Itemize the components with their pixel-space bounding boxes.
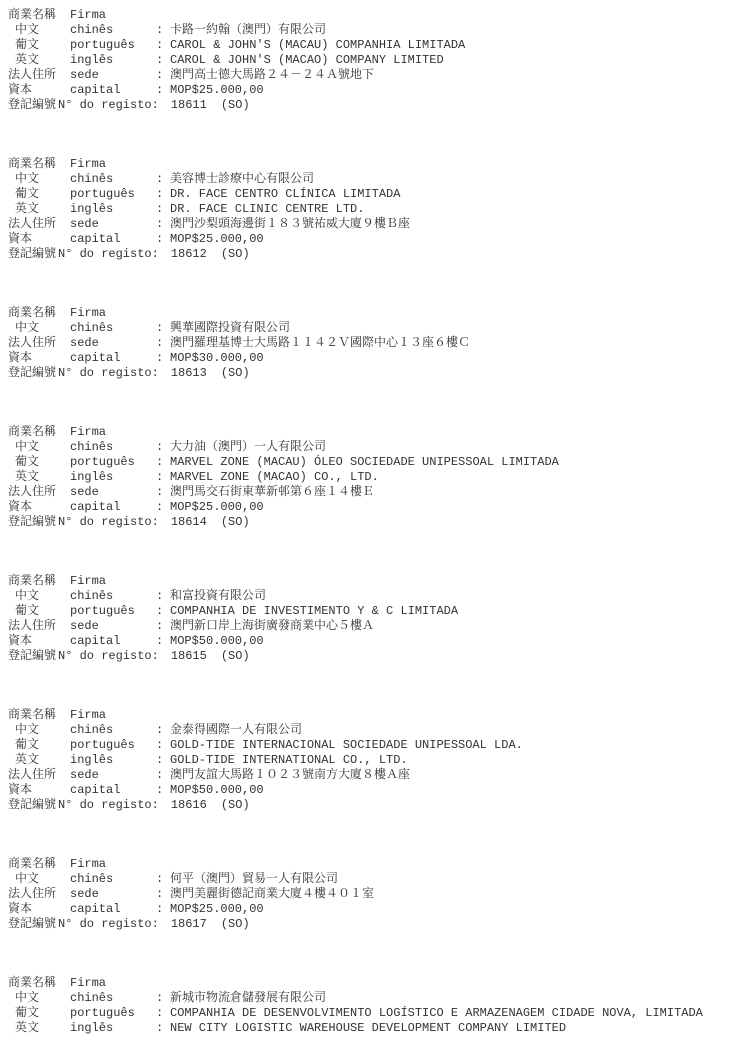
registered-office-value: 澳門友誼大馬路１０２３號南方大廈８樓Ａ座 [170, 768, 410, 783]
english-name-value: DR. FACE CLINIC CENTRE LTD. [170, 202, 364, 217]
registry-number-label-pt: N° do registo: [58, 247, 159, 262]
colon-separator: : [156, 991, 170, 1006]
registered-office-label-zh: 法人住所 [8, 887, 70, 902]
registered-office-label-zh: 法人住所 [8, 619, 70, 634]
company-record: 商業名稱 Firma 中文 chinês : 金泰得國際一人有限公司 葡文 po… [8, 708, 733, 813]
portuguese-name-label-zh: 葡文 [8, 455, 70, 470]
chinese-name-row: 中文 chinês : 和富投資有限公司 [8, 589, 733, 604]
registry-number-suffix: (SO) [221, 98, 250, 113]
business-name-label-pt: Firma [70, 574, 156, 589]
registry-number-suffix: (SO) [221, 515, 250, 530]
registry-number-label-pt: N° do registo: [58, 798, 159, 813]
registry-number-label-zh: 登記編號 [8, 366, 58, 381]
capital-value: MOP$25.000,00 [170, 232, 264, 247]
colon-separator: : [156, 589, 170, 604]
english-name-label-pt: inglês [70, 1021, 156, 1036]
registered-office-label-pt: sede [70, 217, 156, 232]
registry-number-row: 登記編號 N° do registo: 18616 (SO) [8, 798, 733, 813]
capital-label-pt: capital [70, 500, 156, 515]
registry-number-value: 18612 [171, 247, 207, 262]
registry-number-suffix: (SO) [221, 798, 250, 813]
registered-office-label-zh: 法人住所 [8, 68, 70, 83]
colon-separator: : [156, 604, 170, 619]
colon-separator: : [156, 1021, 170, 1036]
registered-office-value: 澳門沙梨頭海邊街１８３號祐威大廈９樓Ｂ座 [170, 217, 410, 232]
portuguese-name-label-zh: 葡文 [8, 187, 70, 202]
english-name-row: 英文 inglês : DR. FACE CLINIC CENTRE LTD. [8, 202, 733, 217]
chinese-name-row: 中文 chinês : 大力油（澳門）一人有限公司 [8, 440, 733, 455]
registry-number-label-pt: N° do registo: [58, 366, 159, 381]
capital-value: MOP$25.000,00 [170, 83, 264, 98]
business-name-row: 商業名稱 Firma [8, 306, 733, 321]
business-name-row: 商業名稱 Firma [8, 976, 733, 991]
colon-separator: : [156, 351, 170, 366]
chinese-name-row: 中文 chinês : 美容博士診療中心有限公司 [8, 172, 733, 187]
english-name-value: CAROL & JOHN'S (MACAO) COMPANY LIMITED [170, 53, 444, 68]
registry-number-label-zh: 登記編號 [8, 649, 58, 664]
portuguese-name-row: 葡文 português : MARVEL ZONE (MACAU) ÓLEO … [8, 455, 733, 470]
english-name-row: 英文 inglês : CAROL & JOHN'S (MACAO) COMPA… [8, 53, 733, 68]
chinese-name-label-pt: chinês [70, 589, 156, 604]
business-name-label-pt: Firma [70, 8, 156, 23]
colon-separator: : [156, 455, 170, 470]
chinese-name-label-pt: chinês [70, 321, 156, 336]
registered-office-row: 法人住所 sede : 澳門羅理基博士大馬路１１４２Ｖ國際中心１３座６樓Ｃ [8, 336, 733, 351]
portuguese-name-label-pt: português [70, 455, 156, 470]
chinese-name-value: 和富投資有限公司 [170, 589, 266, 604]
business-name-label-zh: 商業名稱 [8, 708, 70, 723]
registered-office-row: 法人住所 sede : 澳門沙梨頭海邊街１８３號祐威大廈９樓Ｂ座 [8, 217, 733, 232]
english-name-label-pt: inglês [70, 753, 156, 768]
registered-office-value: 澳門美麗街德記商業大廈４樓４０１室 [170, 887, 374, 902]
registered-office-label-pt: sede [70, 68, 156, 83]
business-name-label-pt: Firma [70, 976, 156, 991]
capital-label-zh: 資本 [8, 83, 70, 98]
portuguese-name-row: 葡文 português : DR. FACE CENTRO CLÍNICA L… [8, 187, 733, 202]
capital-label-pt: capital [70, 783, 156, 798]
registry-number-label-pt: N° do registo: [58, 917, 159, 932]
colon-separator: : [156, 470, 170, 485]
business-name-label-pt: Firma [70, 425, 156, 440]
capital-label-zh: 資本 [8, 902, 70, 917]
portuguese-name-label-zh: 葡文 [8, 1006, 70, 1021]
business-name-row: 商業名稱 Firma [8, 8, 733, 23]
capital-row: 資本 capital : MOP$50.000,00 [8, 634, 733, 649]
portuguese-name-label-zh: 葡文 [8, 38, 70, 53]
business-name-label-zh: 商業名稱 [8, 425, 70, 440]
registered-office-row: 法人住所 sede : 澳門新口岸上海街廣發商業中心５樓Ａ [8, 619, 733, 634]
colon-separator: : [156, 619, 170, 634]
chinese-name-value: 金泰得國際一人有限公司 [170, 723, 302, 738]
colon-separator: : [156, 23, 170, 38]
registry-number-suffix: (SO) [221, 247, 250, 262]
colon-separator: : [156, 902, 170, 917]
registry-number-value: 18613 [171, 366, 207, 381]
registry-number-row: 登記編號 N° do registo: 18617 (SO) [8, 917, 733, 932]
registry-number-label-pt: N° do registo: [58, 515, 159, 530]
business-name-label-pt: Firma [70, 157, 156, 172]
english-name-row: 英文 inglês : NEW CITY LOGISTIC WAREHOUSE … [8, 1021, 733, 1036]
chinese-name-value: 何平（澳門）貿易一人有限公司 [170, 872, 338, 887]
chinese-name-label-zh: 中文 [8, 23, 70, 38]
portuguese-name-row: 葡文 português : CAROL & JOHN'S (MACAU) CO… [8, 38, 733, 53]
registry-number-label-pt: N° do registo: [58, 649, 159, 664]
chinese-name-label-pt: chinês [70, 991, 156, 1006]
registry-number-label-zh: 登記編號 [8, 247, 58, 262]
english-name-label-zh: 英文 [8, 1021, 70, 1036]
portuguese-name-value: COMPANHIA DE DESENVOLVIMENTO LOGÍSTICO E… [170, 1006, 703, 1021]
registered-office-label-pt: sede [70, 768, 156, 783]
registry-number-value: 18615 [171, 649, 207, 664]
colon-separator: : [156, 53, 170, 68]
english-name-value: GOLD-TIDE INTERNATIONAL CO., LTD. [170, 753, 408, 768]
registered-office-row: 法人住所 sede : 澳門友誼大馬路１０２３號南方大廈８樓Ａ座 [8, 768, 733, 783]
colon-separator: : [156, 1006, 170, 1021]
portuguese-name-row: 葡文 português : COMPANHIA DE INVESTIMENTO… [8, 604, 733, 619]
colon-separator: : [156, 336, 170, 351]
company-record: 商業名稱 Firma 中文 chinês : 大力油（澳門）一人有限公司 葡文 … [8, 425, 733, 530]
colon-separator: : [156, 68, 170, 83]
chinese-name-row: 中文 chinês : 何平（澳門）貿易一人有限公司 [8, 872, 733, 887]
english-name-value: NEW CITY LOGISTIC WAREHOUSE DEVELOPMENT … [170, 1021, 566, 1036]
business-name-row: 商業名稱 Firma [8, 708, 733, 723]
company-record: 商業名稱 Firma 中文 chinês : 興華國際投資有限公司 法人住所 s… [8, 306, 733, 381]
registry-number-value: 18616 [171, 798, 207, 813]
colon-separator: : [156, 500, 170, 515]
company-record: 商業名稱 Firma 中文 chinês : 卡路一約翰（澳門）有限公司 葡文 … [8, 8, 733, 113]
registry-number-row: 登記編號 N° do registo: 18614 (SO) [8, 515, 733, 530]
business-name-label-zh: 商業名稱 [8, 574, 70, 589]
registry-number-suffix: (SO) [221, 366, 250, 381]
company-record: 商業名稱 Firma 中文 chinês : 何平（澳門）貿易一人有限公司 法人… [8, 857, 733, 932]
capital-label-pt: capital [70, 83, 156, 98]
portuguese-name-label-pt: português [70, 738, 156, 753]
chinese-name-value: 興華國際投資有限公司 [170, 321, 290, 336]
registered-office-row: 法人住所 sede : 澳門美麗街德記商業大廈４樓４０１室 [8, 887, 733, 902]
registry-number-suffix: (SO) [221, 649, 250, 664]
registry-number-suffix: (SO) [221, 917, 250, 932]
registry-number-label-zh: 登記編號 [8, 917, 58, 932]
business-name-label-zh: 商業名稱 [8, 976, 70, 991]
capital-row: 資本 capital : MOP$25.000,00 [8, 83, 733, 98]
capital-label-zh: 資本 [8, 232, 70, 247]
chinese-name-row: 中文 chinês : 新城市物流倉儲發展有限公司 [8, 991, 733, 1006]
chinese-name-value: 新城市物流倉儲發展有限公司 [170, 991, 326, 1006]
chinese-name-label-pt: chinês [70, 23, 156, 38]
registry-number-label-zh: 登記編號 [8, 515, 58, 530]
portuguese-name-label-pt: português [70, 1006, 156, 1021]
business-name-label-pt: Firma [70, 708, 156, 723]
capital-row: 資本 capital : MOP$25.000,00 [8, 500, 733, 515]
colon-separator: : [156, 321, 170, 336]
business-name-row: 商業名稱 Firma [8, 857, 733, 872]
colon-separator: : [156, 634, 170, 649]
chinese-name-label-zh: 中文 [8, 991, 70, 1006]
chinese-name-label-zh: 中文 [8, 589, 70, 604]
colon-separator: : [156, 723, 170, 738]
business-name-label-pt: Firma [70, 857, 156, 872]
business-name-label-zh: 商業名稱 [8, 306, 70, 321]
portuguese-name-value: CAROL & JOHN'S (MACAU) COMPANHIA LIMITAD… [170, 38, 465, 53]
colon-separator: : [156, 738, 170, 753]
business-name-label-pt: Firma [70, 306, 156, 321]
chinese-name-label-zh: 中文 [8, 723, 70, 738]
portuguese-name-label-pt: português [70, 187, 156, 202]
portuguese-name-label-pt: português [70, 604, 156, 619]
portuguese-name-label-pt: português [70, 38, 156, 53]
registered-office-label-pt: sede [70, 619, 156, 634]
portuguese-name-value: MARVEL ZONE (MACAU) ÓLEO SOCIEDADE UNIPE… [170, 455, 559, 470]
registry-number-row: 登記編號 N° do registo: 18612 (SO) [8, 247, 733, 262]
registered-office-row: 法人住所 sede : 澳門馬交石街東華新邨第６座１４樓Ｅ [8, 485, 733, 500]
company-record: 商業名稱 Firma 中文 chinês : 和富投資有限公司 葡文 portu… [8, 574, 733, 664]
chinese-name-row: 中文 chinês : 興華國際投資有限公司 [8, 321, 733, 336]
capital-value: MOP$50.000,00 [170, 783, 264, 798]
colon-separator: : [156, 83, 170, 98]
chinese-name-label-pt: chinês [70, 172, 156, 187]
colon-separator: : [156, 38, 170, 53]
colon-separator: : [156, 217, 170, 232]
registered-office-label-zh: 法人住所 [8, 768, 70, 783]
capital-row: 資本 capital : MOP$50.000,00 [8, 783, 733, 798]
english-name-label-zh: 英文 [8, 53, 70, 68]
capital-row: 資本 capital : MOP$30.000,00 [8, 351, 733, 366]
colon-separator: : [156, 440, 170, 455]
colon-separator: : [156, 753, 170, 768]
business-name-row: 商業名稱 Firma [8, 574, 733, 589]
portuguese-name-value: GOLD-TIDE INTERNACIONAL SOCIEDADE UNIPES… [170, 738, 523, 753]
business-name-label-zh: 商業名稱 [8, 857, 70, 872]
registered-office-value: 澳門羅理基博士大馬路１１４２Ｖ國際中心１３座６樓Ｃ [170, 336, 470, 351]
chinese-name-label-pt: chinês [70, 872, 156, 887]
chinese-name-label-zh: 中文 [8, 321, 70, 336]
registered-office-row: 法人住所 sede : 澳門高士德大馬路２４－２４Ａ號地下 [8, 68, 733, 83]
registry-number-label-zh: 登記編號 [8, 98, 58, 113]
capital-value: MOP$25.000,00 [170, 500, 264, 515]
chinese-name-label-pt: chinês [70, 723, 156, 738]
business-name-label-zh: 商業名稱 [8, 157, 70, 172]
capital-row: 資本 capital : MOP$25.000,00 [8, 232, 733, 247]
registry-document-page: 商業名稱 Firma 中文 chinês : 卡路一約翰（澳門）有限公司 葡文 … [0, 0, 733, 1036]
capital-label-zh: 資本 [8, 783, 70, 798]
registry-number-row: 登記編號 N° do registo: 18615 (SO) [8, 649, 733, 664]
registered-office-value: 澳門馬交石街東華新邨第６座１４樓Ｅ [170, 485, 374, 500]
english-name-row: 英文 inglês : MARVEL ZONE (MACAO) CO., LTD… [8, 470, 733, 485]
colon-separator: : [156, 202, 170, 217]
portuguese-name-label-zh: 葡文 [8, 738, 70, 753]
colon-separator: : [156, 232, 170, 247]
chinese-name-label-zh: 中文 [8, 440, 70, 455]
registered-office-value: 澳門高士德大馬路２４－２４Ａ號地下 [170, 68, 374, 83]
colon-separator: : [156, 887, 170, 902]
portuguese-name-row: 葡文 português : COMPANHIA DE DESENVOLVIME… [8, 1006, 733, 1021]
company-record: 商業名稱 Firma 中文 chinês : 新城市物流倉儲發展有限公司 葡文 … [8, 976, 733, 1036]
registered-office-label-pt: sede [70, 485, 156, 500]
registry-number-value: 18614 [171, 515, 207, 530]
portuguese-name-value: COMPANHIA DE INVESTIMENTO Y & C LIMITADA [170, 604, 458, 619]
capital-label-pt: capital [70, 902, 156, 917]
english-name-row: 英文 inglês : GOLD-TIDE INTERNATIONAL CO.,… [8, 753, 733, 768]
registered-office-value: 澳門新口岸上海街廣發商業中心５樓Ａ [170, 619, 374, 634]
chinese-name-label-pt: chinês [70, 440, 156, 455]
chinese-name-row: 中文 chinês : 卡路一約翰（澳門）有限公司 [8, 23, 733, 38]
business-name-row: 商業名稱 Firma [8, 157, 733, 172]
chinese-name-value: 大力油（澳門）一人有限公司 [170, 440, 326, 455]
registry-number-row: 登記編號 N° do registo: 18613 (SO) [8, 366, 733, 381]
capital-value: MOP$25.000,00 [170, 902, 264, 917]
registry-number-row: 登記編號 N° do registo: 18611 (SO) [8, 98, 733, 113]
registered-office-label-zh: 法人住所 [8, 336, 70, 351]
registry-number-value: 18611 [171, 98, 207, 113]
english-name-label-zh: 英文 [8, 470, 70, 485]
registered-office-label-zh: 法人住所 [8, 485, 70, 500]
capital-row: 資本 capital : MOP$25.000,00 [8, 902, 733, 917]
english-name-value: MARVEL ZONE (MACAO) CO., LTD. [170, 470, 379, 485]
capital-value: MOP$50.000,00 [170, 634, 264, 649]
capital-label-pt: capital [70, 232, 156, 247]
chinese-name-value: 美容博士診療中心有限公司 [170, 172, 314, 187]
chinese-name-value: 卡路一約翰（澳門）有限公司 [170, 23, 326, 38]
chinese-name-label-zh: 中文 [8, 172, 70, 187]
company-record: 商業名稱 Firma 中文 chinês : 美容博士診療中心有限公司 葡文 p… [8, 157, 733, 262]
capital-label-zh: 資本 [8, 500, 70, 515]
registered-office-label-zh: 法人住所 [8, 217, 70, 232]
english-name-label-pt: inglês [70, 470, 156, 485]
colon-separator: : [156, 783, 170, 798]
colon-separator: : [156, 172, 170, 187]
registry-number-label-pt: N° do registo: [58, 98, 159, 113]
english-name-label-zh: 英文 [8, 202, 70, 217]
colon-separator: : [156, 872, 170, 887]
registered-office-label-pt: sede [70, 336, 156, 351]
colon-separator: : [156, 485, 170, 500]
english-name-label-zh: 英文 [8, 753, 70, 768]
english-name-label-pt: inglês [70, 53, 156, 68]
capital-label-zh: 資本 [8, 634, 70, 649]
chinese-name-label-zh: 中文 [8, 872, 70, 887]
business-name-row: 商業名稱 Firma [8, 425, 733, 440]
capital-label-pt: capital [70, 351, 156, 366]
capital-label-pt: capital [70, 634, 156, 649]
capital-label-zh: 資本 [8, 351, 70, 366]
colon-separator: : [156, 187, 170, 202]
colon-separator: : [156, 768, 170, 783]
english-name-label-pt: inglês [70, 202, 156, 217]
portuguese-name-row: 葡文 português : GOLD-TIDE INTERNACIONAL S… [8, 738, 733, 753]
capital-value: MOP$30.000,00 [170, 351, 264, 366]
portuguese-name-label-zh: 葡文 [8, 604, 70, 619]
chinese-name-row: 中文 chinês : 金泰得國際一人有限公司 [8, 723, 733, 738]
portuguese-name-value: DR. FACE CENTRO CLÍNICA LIMITADA [170, 187, 400, 202]
registered-office-label-pt: sede [70, 887, 156, 902]
business-name-label-zh: 商業名稱 [8, 8, 70, 23]
registry-number-label-zh: 登記編號 [8, 798, 58, 813]
registry-number-value: 18617 [171, 917, 207, 932]
